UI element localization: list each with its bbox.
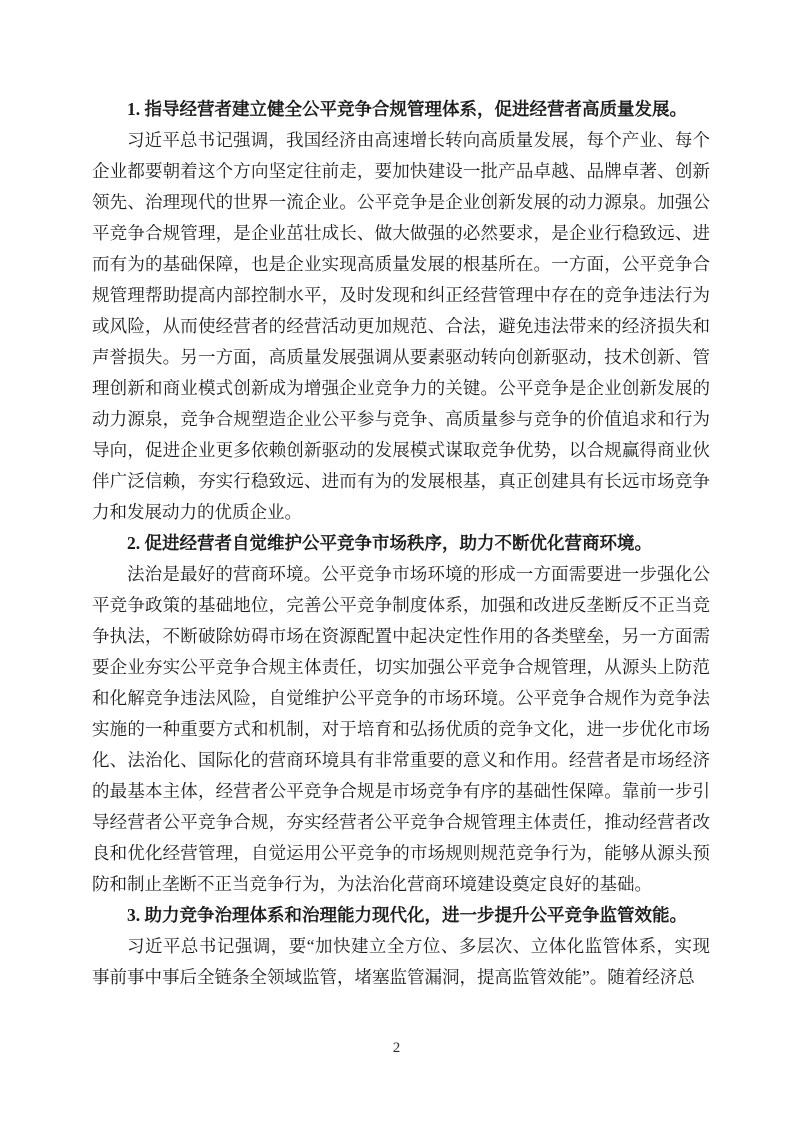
document-content: 1. 指导经营者建立健全公平竞争合规管理体系，促进经营者高质量发展。 习近平总书…: [92, 94, 710, 993]
paragraph-line: 平竞争合规管理，是企业茁壮成长、做大做强的必然要求，是企业行稳致远、进: [92, 218, 710, 249]
section-2: 2. 促进经营者自觉维护公平竞争市场秩序，助力不断优化营商环境。 法治是最好的营…: [92, 528, 710, 900]
paragraph-line: 领先、治理现代的世界一流企业。公平竞争是企业创新发展的动力源泉。加强公: [92, 187, 710, 218]
section-1-heading: 1. 指导经营者建立健全公平竞争合规管理体系，促进经营者高质量发展。: [92, 94, 710, 125]
section-3-paragraph: 习近平总书记强调，要“加快建立全方位、多层次、立体化监管体系，实现事前事中事后全…: [92, 931, 710, 993]
section-3-heading: 3. 助力竞争治理体系和治理能力现代化，进一步提升公平竞争监管效能。: [92, 900, 710, 931]
paragraph-line: 理创新和商业模式创新成为增强企业竞争力的关键。公平竞争是企业创新发展的: [92, 373, 710, 404]
paragraph-line: 力和发展动力的优质企业。: [92, 497, 710, 528]
paragraph-line: 法治是最好的营商环境。公平竞争市场环境的形成一方面需要进一步强化公: [92, 559, 710, 590]
paragraph-line: 防和制止垄断不正当竞争行为，为法治化营商环境建设奠定良好的基础。: [92, 869, 710, 900]
paragraph-line: 动力源泉，竞争合规塑造企业公平参与竞争、高质量参与竞争的价值追求和行为: [92, 404, 710, 435]
document-page: 1. 指导经营者建立健全公平竞争合规管理体系，促进经营者高质量发展。 习近平总书…: [0, 0, 793, 1122]
section-2-paragraph: 法治是最好的营商环境。公平竞争市场环境的形成一方面需要进一步强化公平竞争政策的基…: [92, 559, 710, 900]
paragraph-line: 的最基本主体，经营者公平竞争合规是市场竞争有序的基础性保障。靠前一步引: [92, 776, 710, 807]
paragraph-line: 或风险，从而使经营者的经营活动更加规范、合法，避免违法带来的经济损失和: [92, 311, 710, 342]
section-1-paragraph: 习近平总书记强调，我国经济由高速增长转向高质量发展，每个产业、每个企业都要朝着这…: [92, 125, 710, 528]
paragraph-line: 而有为的基础保障，也是企业实现高质量发展的根基所在。一方面，公平竞争合: [92, 249, 710, 280]
paragraph-line: 企业都要朝着这个方向坚定往前走，要加快建设一批产品卓越、品牌卓著、创新: [92, 156, 710, 187]
paragraph-line: 导经营者公平竞争合规，夯实经营者公平竞争合规管理主体责任，推动经营者改: [92, 807, 710, 838]
section-2-heading: 2. 促进经营者自觉维护公平竞争市场秩序，助力不断优化营商环境。: [92, 528, 710, 559]
section-1: 1. 指导经营者建立健全公平竞争合规管理体系，促进经营者高质量发展。 习近平总书…: [92, 94, 710, 528]
paragraph-line: 良和优化经营管理，自觉运用公平竞争的市场规则规范竞争行为，能够从源头预: [92, 838, 710, 869]
paragraph-line: 要企业夯实公平竞争合规主体责任，切实加强公平竞争合规管理，从源头上防范: [92, 652, 710, 683]
paragraph-line: 事前事中事后全链条全领域监管，堵塞监管漏洞，提高监管效能”。随着经济总: [92, 962, 710, 993]
section-3: 3. 助力竞争治理体系和治理能力现代化，进一步提升公平竞争监管效能。 习近平总书…: [92, 900, 710, 993]
paragraph-line: 实施的一种重要方式和机制，对于培育和弘扬优质的竞争文化，进一步优化市场: [92, 714, 710, 745]
paragraph-line: 化、法治化、国际化的营商环境具有非常重要的意义和作用。经营者是市场经济: [92, 745, 710, 776]
paragraph-line: 导向，促进企业更多依赖创新驱动的发展模式谋取竞争优势，以合规赢得商业伙: [92, 435, 710, 466]
page-number: 2: [0, 1037, 793, 1059]
paragraph-line: 平竞争政策的基础地位，完善公平竞争制度体系，加强和改进反垄断反不正当竞: [92, 590, 710, 621]
paragraph-line: 伴广泛信赖，夯实行稳致远、进而有为的发展根基，真正创建具有长远市场竞争: [92, 466, 710, 497]
paragraph-line: 习近平总书记强调，我国经济由高速增长转向高质量发展，每个产业、每个: [92, 125, 710, 156]
paragraph-line: 声誉损失。另一方面，高质量发展强调从要素驱动转向创新驱动，技术创新、管: [92, 342, 710, 373]
paragraph-line: 争执法，不断破除妨碍市场在资源配置中起决定性作用的各类壁垒，另一方面需: [92, 621, 710, 652]
paragraph-line: 习近平总书记强调，要“加快建立全方位、多层次、立体化监管体系，实现: [92, 931, 710, 962]
paragraph-line: 规管理帮助提高内部控制水平，及时发现和纠正经营管理中存在的竞争违法行为: [92, 280, 710, 311]
paragraph-line: 和化解竞争违法风险，自觉维护公平竞争的市场环境。公平竞争合规作为竞争法: [92, 683, 710, 714]
